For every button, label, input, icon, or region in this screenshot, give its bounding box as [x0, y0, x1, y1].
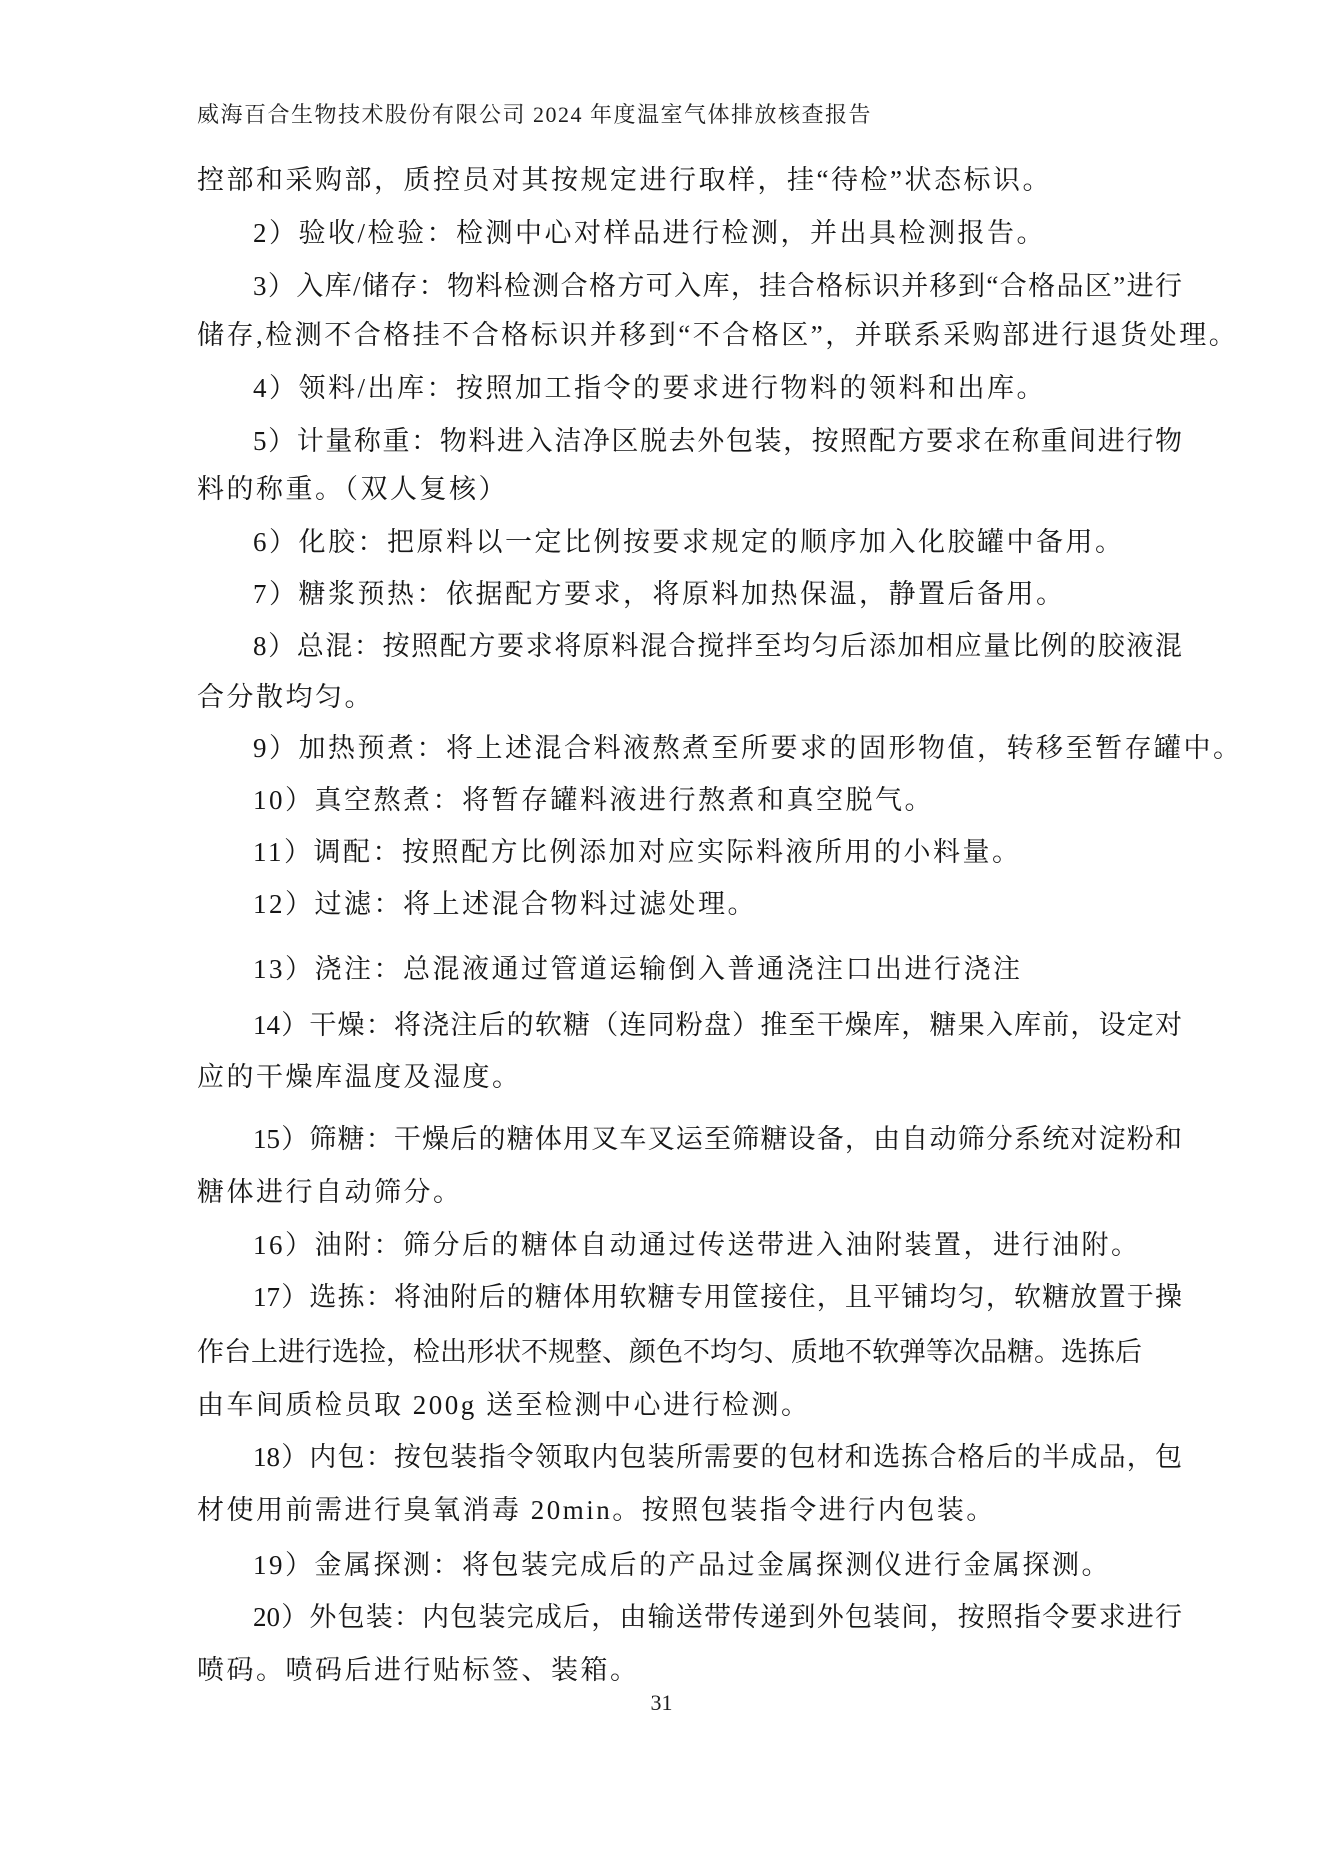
body-line: 喷码。喷码后进行贴标签、装箱。: [197, 1653, 1126, 1687]
body-line-step-18: 18）内包：按包装指令领取内包装所需要的包材和选拣合格后的半成品，包: [197, 1440, 1182, 1474]
body-line-step-11: 11）调配：按照配方比例添加对应实际料液所用的小料量。: [197, 835, 1182, 869]
page-header: 威海百合生物技术股份有限公司 2024 年度温室气体排放核查报告: [197, 98, 1197, 129]
body-line-step-12: 12）过滤：将上述混合物料过滤处理。: [197, 887, 1182, 921]
body-line-step-3: 3）入库/储存：物料检测合格方可入库，挂合格标识并移到“合格品区”进行: [197, 269, 1182, 303]
document-page: 威海百合生物技术股份有限公司 2024 年度温室气体排放核查报告 控部和采购部，…: [0, 0, 1323, 1871]
body-line-step-9: 9）加热预煮：将上述混合料液熬煮至所要求的固形物值，转移至暂存罐中。: [197, 731, 1182, 765]
body-line: 糖体进行自动筛分。: [197, 1175, 1126, 1209]
body-line-step-16: 16）油附：筛分后的糖体自动通过传送带进入油附装置，进行油附。: [197, 1228, 1182, 1262]
body-line-step-20: 20）外包装：内包装完成后，由输送带传递到外包装间，按照指令要求进行: [197, 1600, 1182, 1634]
body-line-step-2: 2）验收/检验：检测中心对样品进行检测，并出具检测报告。: [197, 216, 1182, 250]
body-line-step-10: 10）真空熬煮：将暂存罐料液进行熬煮和真空脱气。: [197, 783, 1182, 817]
body-line-step-14: 14）干燥：将浇注后的软糖（连同粉盘）推至干燥库，糖果入库前，设定对: [197, 1008, 1182, 1042]
body-line: 料的称重。（双人复核）: [197, 472, 1126, 506]
body-line: 储存,检测不合格挂不合格标识并移到“不合格区”，并联系采购部进行退货处理。: [197, 318, 1126, 352]
body-line-step-13: 13）浇注：总混液通过管道运输倒入普通浇注口出进行浇注: [197, 952, 1182, 986]
body-line-step-15: 15）筛糖：干燥后的糖体用叉车叉运至筛糖设备，由自动筛分系统对淀粉和: [197, 1122, 1182, 1156]
body-line-step-7: 7）糖浆预热：依据配方要求，将原料加热保温，静置后备用。: [197, 577, 1182, 611]
body-line: 材使用前需进行臭氧消毒 20min。按照包装指令进行内包装。: [197, 1493, 1126, 1527]
body-line-step-4: 4）领料/出库：按照加工指令的要求进行物料的领料和出库。: [197, 371, 1182, 405]
body-line-step-19: 19）金属探测：将包装完成后的产品过金属探测仪进行金属探测。: [197, 1548, 1182, 1582]
body-line-step-8: 8）总混：按照配方要求将原料混合搅拌至均匀后添加相应量比例的胶液混: [197, 629, 1182, 663]
body-line-step-6: 6）化胶：把原料以一定比例按要求规定的顺序加入化胶罐中备用。: [197, 525, 1182, 559]
body-line: 合分散均匀。: [197, 680, 1126, 714]
body-line: 作台上进行选捡，检出形状不规整、颜色不均匀、质地不软弹等次品糖。选拣后: [197, 1335, 1126, 1369]
page-number: 31: [0, 1690, 1323, 1716]
body-line: 应的干燥库温度及湿度。: [197, 1060, 1126, 1094]
body-line-step-17: 17）选拣：将油附后的糖体用软糖专用筐接住，且平铺均匀，软糖放置于操: [197, 1280, 1182, 1314]
body-line-step-5: 5）计量称重：物料进入洁净区脱去外包装，按照配方要求在称重间进行物: [197, 424, 1182, 458]
body-line: 控部和采购部，质控员对其按规定进行取样，挂“待检”状态标识。: [197, 163, 1126, 197]
body-line: 由车间质检员取 200g 送至检测中心进行检测。: [197, 1388, 1126, 1422]
